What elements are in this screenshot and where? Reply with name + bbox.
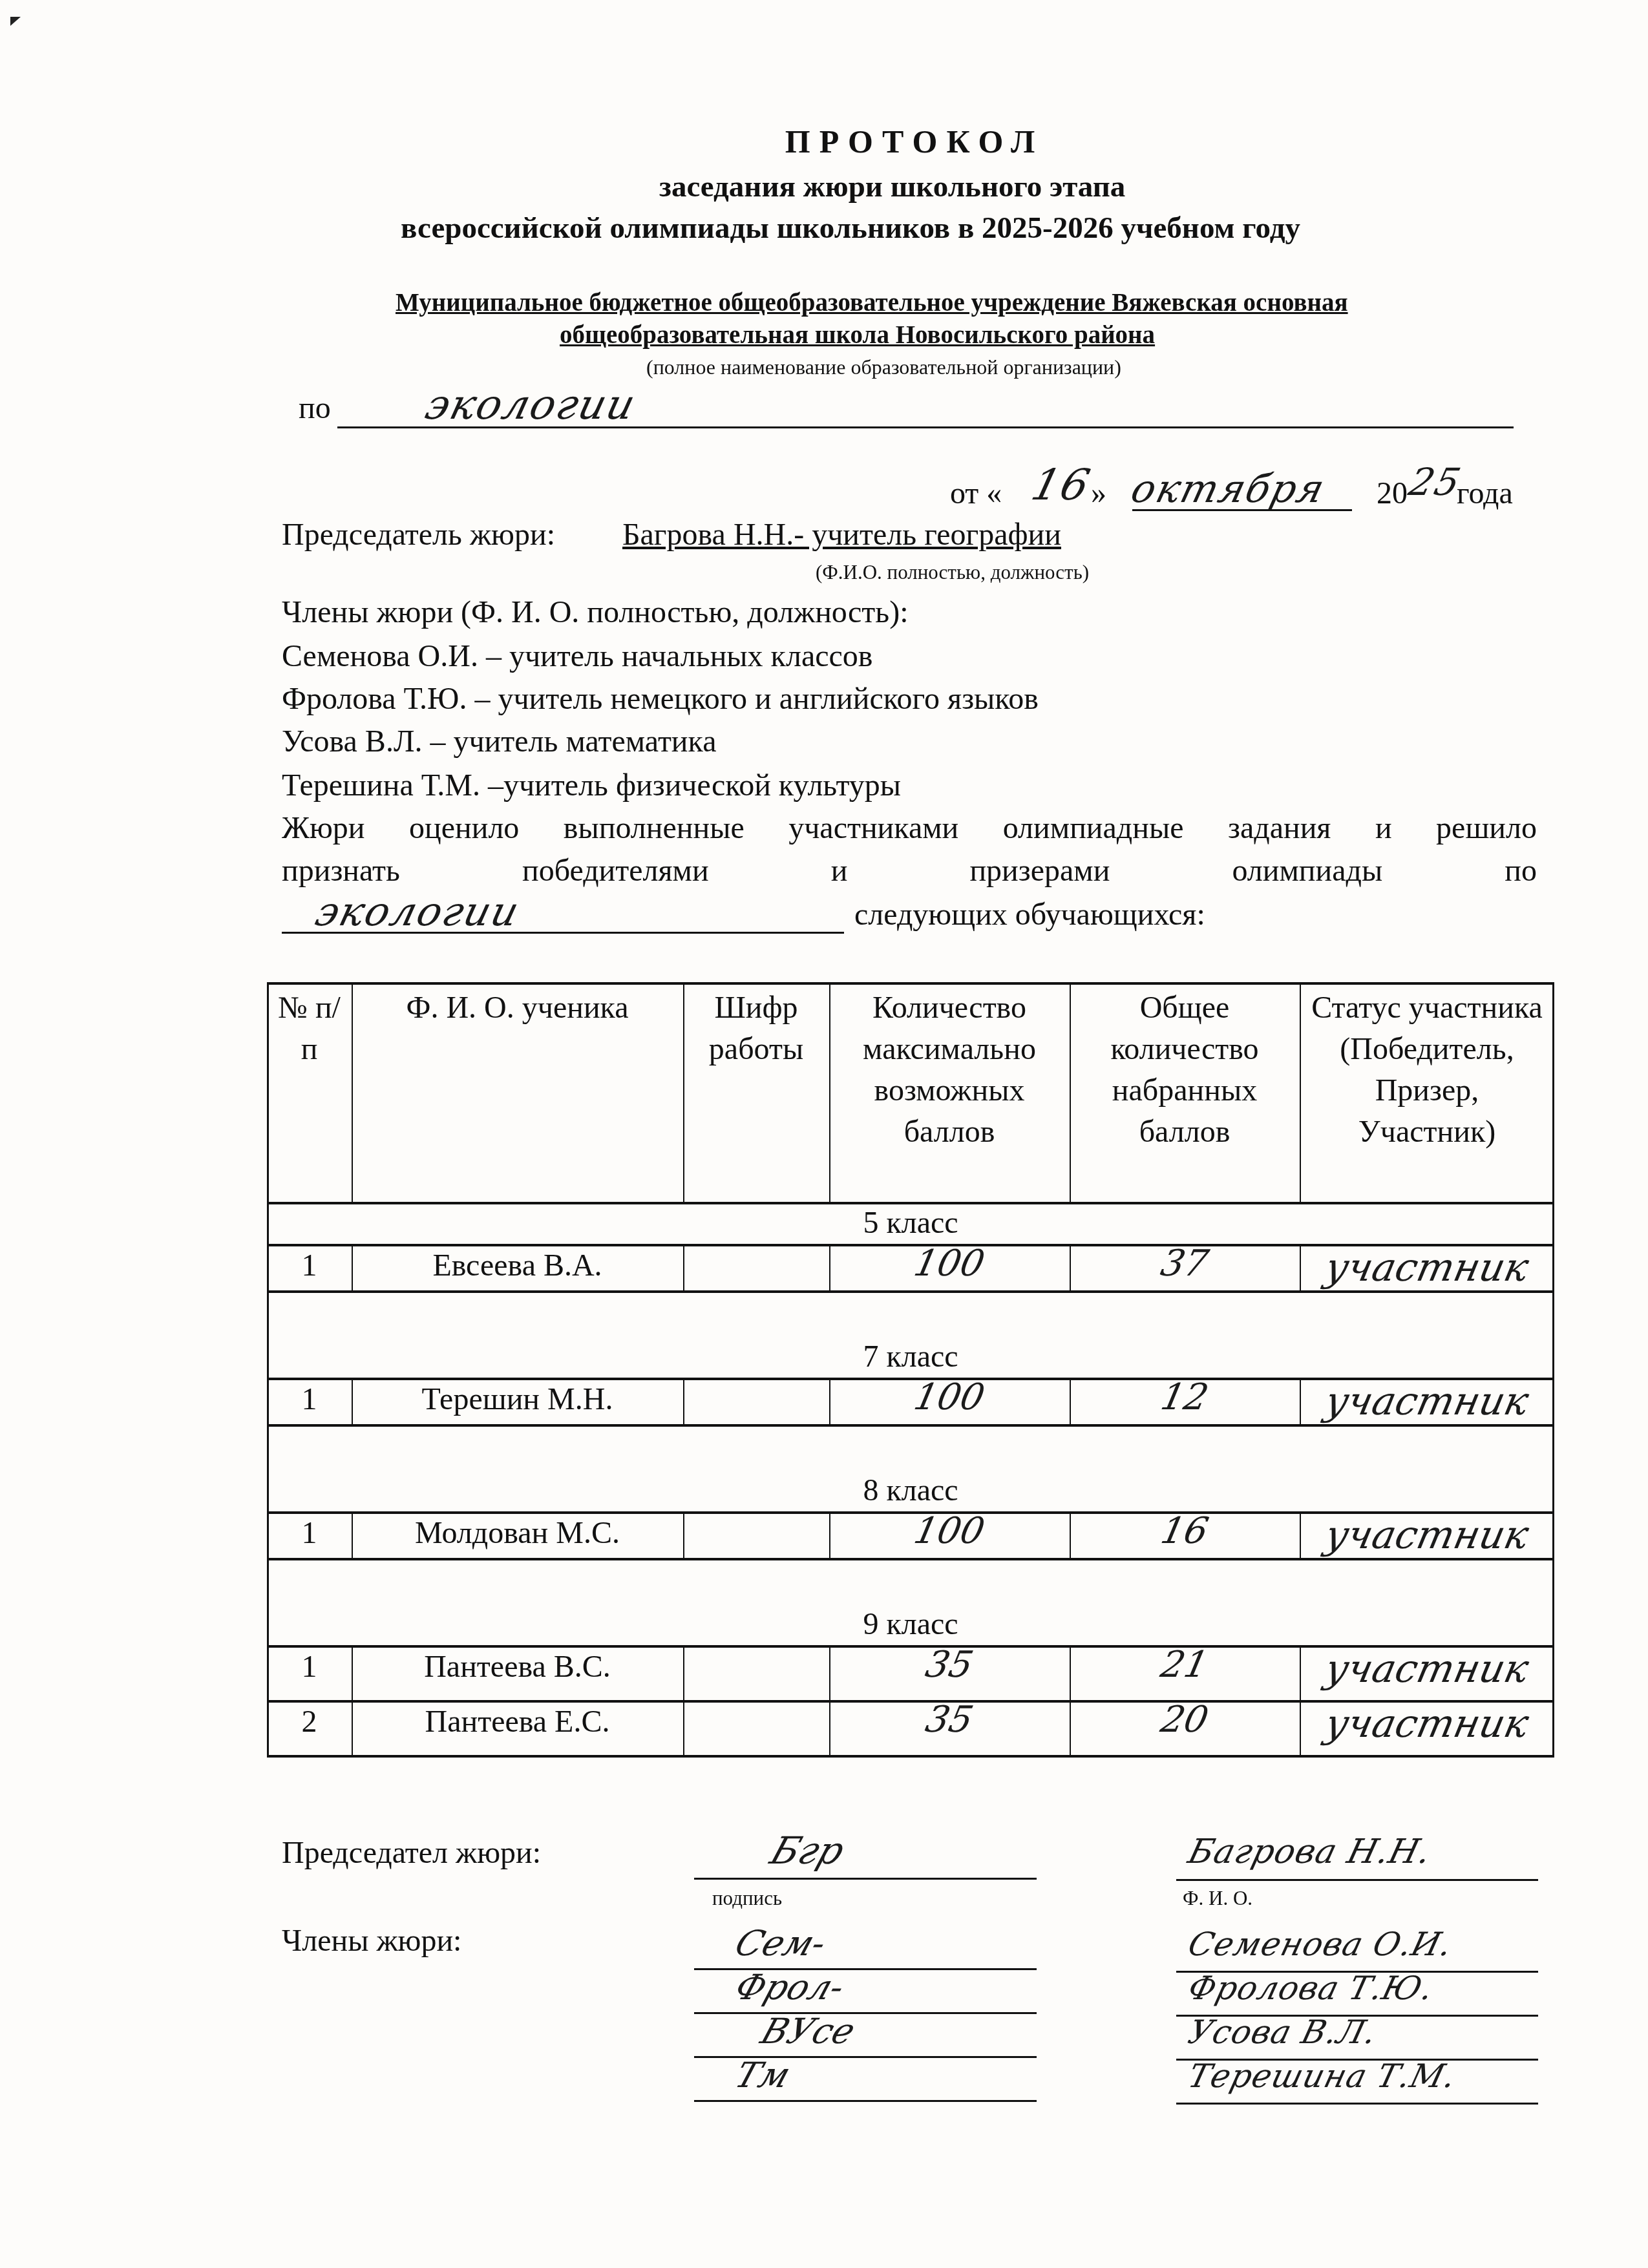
table-column-divider (1300, 1700, 1301, 1755)
table-column-divider (829, 1700, 830, 1755)
chair-label: Председатель жюри: (282, 517, 555, 552)
table-column-divider (683, 1700, 684, 1755)
table-section-label: 8 класс (267, 1473, 1554, 1508)
table-column-divider (1070, 1511, 1071, 1558)
table-column-divider (1070, 1645, 1071, 1700)
row-total-score: 16 (1065, 1510, 1304, 1552)
row-status: участник (1295, 1513, 1559, 1558)
row-max-score: 100 (825, 1376, 1074, 1418)
table-column-divider (1070, 1244, 1071, 1290)
member-3: Усова В.Л. – учитель математика (282, 724, 716, 759)
table-column-divider (352, 1645, 353, 1700)
table-column-divider (352, 1511, 353, 1558)
table-column-divider (829, 1645, 830, 1700)
subject-prefix: по (299, 390, 331, 426)
member-4: Терешина Т.М. –учитель физической культу… (282, 768, 901, 803)
row-status: участник (1295, 1701, 1559, 1747)
table-header-cell: Шифр работы (683, 987, 829, 1070)
table-section-label: 9 класс (267, 1606, 1554, 1642)
row-number: 1 (267, 1649, 352, 1685)
subject-handwritten: экологии (421, 381, 641, 429)
chair-fio-handwritten: Багрова Н.Н. (1185, 1832, 1436, 1871)
scan-corner-mark (10, 17, 21, 26)
row-total-score: 37 (1065, 1243, 1304, 1285)
date-day-handwritten: 16 (1026, 460, 1095, 510)
table-column-divider (683, 1244, 684, 1290)
member-signature: ВУсе (756, 2011, 860, 2052)
table-row-divider (267, 1558, 1554, 1560)
member-signature-line (694, 2012, 1037, 2014)
date-quote-close: » (1091, 476, 1106, 511)
table-column-divider (683, 1378, 684, 1424)
decision-word: и (831, 853, 848, 888)
row-number: 1 (267, 1248, 352, 1283)
decision-subject-handwritten: экологии (311, 888, 525, 935)
table-column-divider (352, 1378, 353, 1424)
row-number: 1 (267, 1515, 352, 1551)
table-header-cell: Статус участника (Победитель, Призер, Уч… (1300, 987, 1554, 1153)
table-column-divider (1070, 1378, 1071, 1424)
table-section-label: 5 класс (267, 1205, 1554, 1241)
member-fio-handwritten: Фролова Т.Ю. (1185, 1969, 1438, 2007)
table-column-divider (1300, 982, 1301, 1202)
table-column-divider (829, 1244, 830, 1290)
row-status: участник (1295, 1646, 1559, 1692)
row-status: участник (1295, 1379, 1559, 1424)
document-subtitle-2: всероссийской олимпиады школьников в 202… (401, 211, 1300, 246)
decision-word: по (1505, 853, 1537, 888)
table-header-cell: Количество максимально возможных баллов (829, 987, 1070, 1153)
chair-value: Багрова Н.Н.- учитель географии (622, 517, 1061, 552)
chair-signature-line (694, 1878, 1037, 1880)
row-student-name: Молдован М.С. (352, 1515, 683, 1551)
table-column-divider (683, 1645, 684, 1700)
member-signature-line (694, 2100, 1037, 2102)
table-header-cell: № п/п (267, 987, 352, 1070)
date-month-handwritten: октября (1126, 467, 1330, 512)
chair-caption: (Ф.И.О. полностью, должность) (816, 561, 1089, 584)
decision-line-2: признатьпобедителямиипризерамиолимпиадып… (282, 853, 1537, 888)
decision-word: призерами (969, 853, 1110, 888)
document-subtitle-1: заседания жюри школьного этапа (659, 169, 1125, 204)
table-column-divider (352, 1700, 353, 1755)
member-fio-handwritten: Терешина Т.М. (1185, 2057, 1461, 2095)
row-status: участник (1295, 1245, 1559, 1290)
table-header-cell: Ф. И. О. ученика (352, 987, 683, 1029)
table-column-divider (352, 982, 353, 1202)
organization-caption: (полное наименование образовательной орг… (646, 355, 1121, 379)
member-signature: Сем- (730, 1923, 832, 1964)
table-header-cell: Общее количество набранных баллов (1070, 987, 1300, 1153)
decision-word: признать (282, 853, 400, 888)
signatures-chair-label: Председател жюри: (282, 1835, 541, 1871)
table-column-divider (352, 1244, 353, 1290)
table-column-divider (1070, 982, 1071, 1202)
decision-line-1: Жюри оценило выполненные участниками оли… (282, 810, 1537, 846)
row-total-score: 12 (1065, 1376, 1304, 1418)
table-column-divider (683, 1511, 684, 1558)
row-max-score: 100 (825, 1510, 1074, 1552)
table-top-border (267, 982, 1554, 985)
table-column-divider (1300, 1511, 1301, 1558)
member-fio-line (1176, 2103, 1538, 2105)
date-month-underline (1132, 509, 1352, 511)
table-column-divider (683, 982, 684, 1202)
row-number: 1 (267, 1381, 352, 1417)
signature-caption: подпись (712, 1887, 782, 1910)
row-student-name: Терешин М.Н. (352, 1381, 683, 1417)
chair-fio-line (1176, 1879, 1538, 1881)
table-section-label: 7 класс (267, 1339, 1554, 1374)
row-number: 2 (267, 1704, 352, 1739)
table-column-divider (1300, 1244, 1301, 1290)
member-2: Фролова Т.Ю. – учитель немецкого и англи… (282, 681, 1039, 717)
table-left-border (267, 982, 269, 1755)
signatures-members-label: Члены жюри: (282, 1923, 461, 1958)
fio-caption: Ф. И. О. (1183, 1887, 1252, 1910)
row-max-score: 35 (825, 1699, 1074, 1741)
member-signature: Фрол- (730, 1967, 850, 2008)
date-prefix: от « (950, 476, 1002, 511)
table-column-divider (829, 1511, 830, 1558)
decision-word: победителями (522, 853, 709, 888)
table-row-divider (267, 1755, 1554, 1758)
decision-word: олимпиады (1232, 853, 1382, 888)
date-year-prefix: 20 (1377, 476, 1408, 511)
table-column-divider (829, 1378, 830, 1424)
table-row-divider (267, 1424, 1554, 1427)
row-total-score: 21 (1065, 1644, 1304, 1686)
row-student-name: Евсеева В.А. (352, 1248, 683, 1283)
table-row-divider (267, 1290, 1554, 1293)
row-student-name: Пантеева В.С. (352, 1649, 683, 1685)
member-signature: Тм (730, 2055, 796, 2095)
table-column-divider (1300, 1645, 1301, 1700)
date-suffix: года (1457, 476, 1513, 511)
organization-name-line-2: общеобразовательная школа Новосильского … (560, 320, 1155, 350)
members-label: Члены жюри (Ф. И. О. полностью, должност… (282, 594, 909, 630)
row-max-score: 100 (825, 1243, 1074, 1285)
table-header-divider (267, 1202, 1554, 1204)
row-total-score: 20 (1065, 1699, 1304, 1741)
chair-signature: Бгр (765, 1829, 850, 1873)
table-column-divider (829, 982, 830, 1202)
member-1: Семенова О.И. – учитель начальных классо… (282, 638, 872, 674)
row-student-name: Пантеева Е.С. (352, 1704, 683, 1739)
table-column-divider (1300, 1378, 1301, 1424)
table-right-border (1552, 982, 1554, 1755)
organization-name-line-1: Муниципальное бюджетное общеобразователь… (396, 288, 1348, 317)
member-fio-handwritten: Усова В.Л. (1185, 2013, 1381, 2051)
decision-line-3: следующих обучающихся: (854, 897, 1205, 932)
table-column-divider (1070, 1700, 1071, 1755)
row-max-score: 35 (825, 1644, 1074, 1686)
member-fio-handwritten: Семенова О.И. (1185, 1926, 1457, 1963)
document-title: ПРОТОКОЛ (0, 123, 1648, 160)
